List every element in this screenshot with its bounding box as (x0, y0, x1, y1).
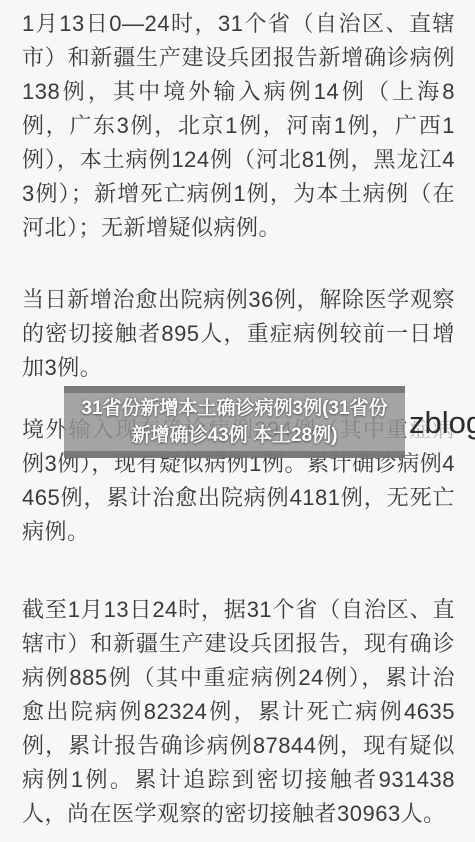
article-page: 1月13日0—24时，31个省（自治区、直辖市）和新疆生产建设兵团报告新增确诊病… (0, 0, 475, 842)
paragraph-recovered-cases: 当日新增治愈出院病例36例，解除医学观察的密切接触者895人，重症病例较前一日增… (22, 283, 455, 385)
paragraph-cumulative-cases: 截至1月13日24时，据31个省（自治区、直辖市）和新疆生产建设兵团报告，现有确… (22, 593, 455, 831)
overlay-title-text: 31省份新增本土确诊病例3例(31省份新增确诊43例 本土28例) (72, 395, 397, 449)
overlay-title-banner[interactable]: 31省份新增本土确诊病例3例(31省份新增确诊43例 本土28例) (64, 386, 405, 458)
paragraph-daily-new-cases: 1月13日0—24时，31个省（自治区、直辖市）和新疆生产建设兵团报告新增确诊病… (22, 7, 455, 245)
site-watermark: zblog (406, 402, 475, 444)
